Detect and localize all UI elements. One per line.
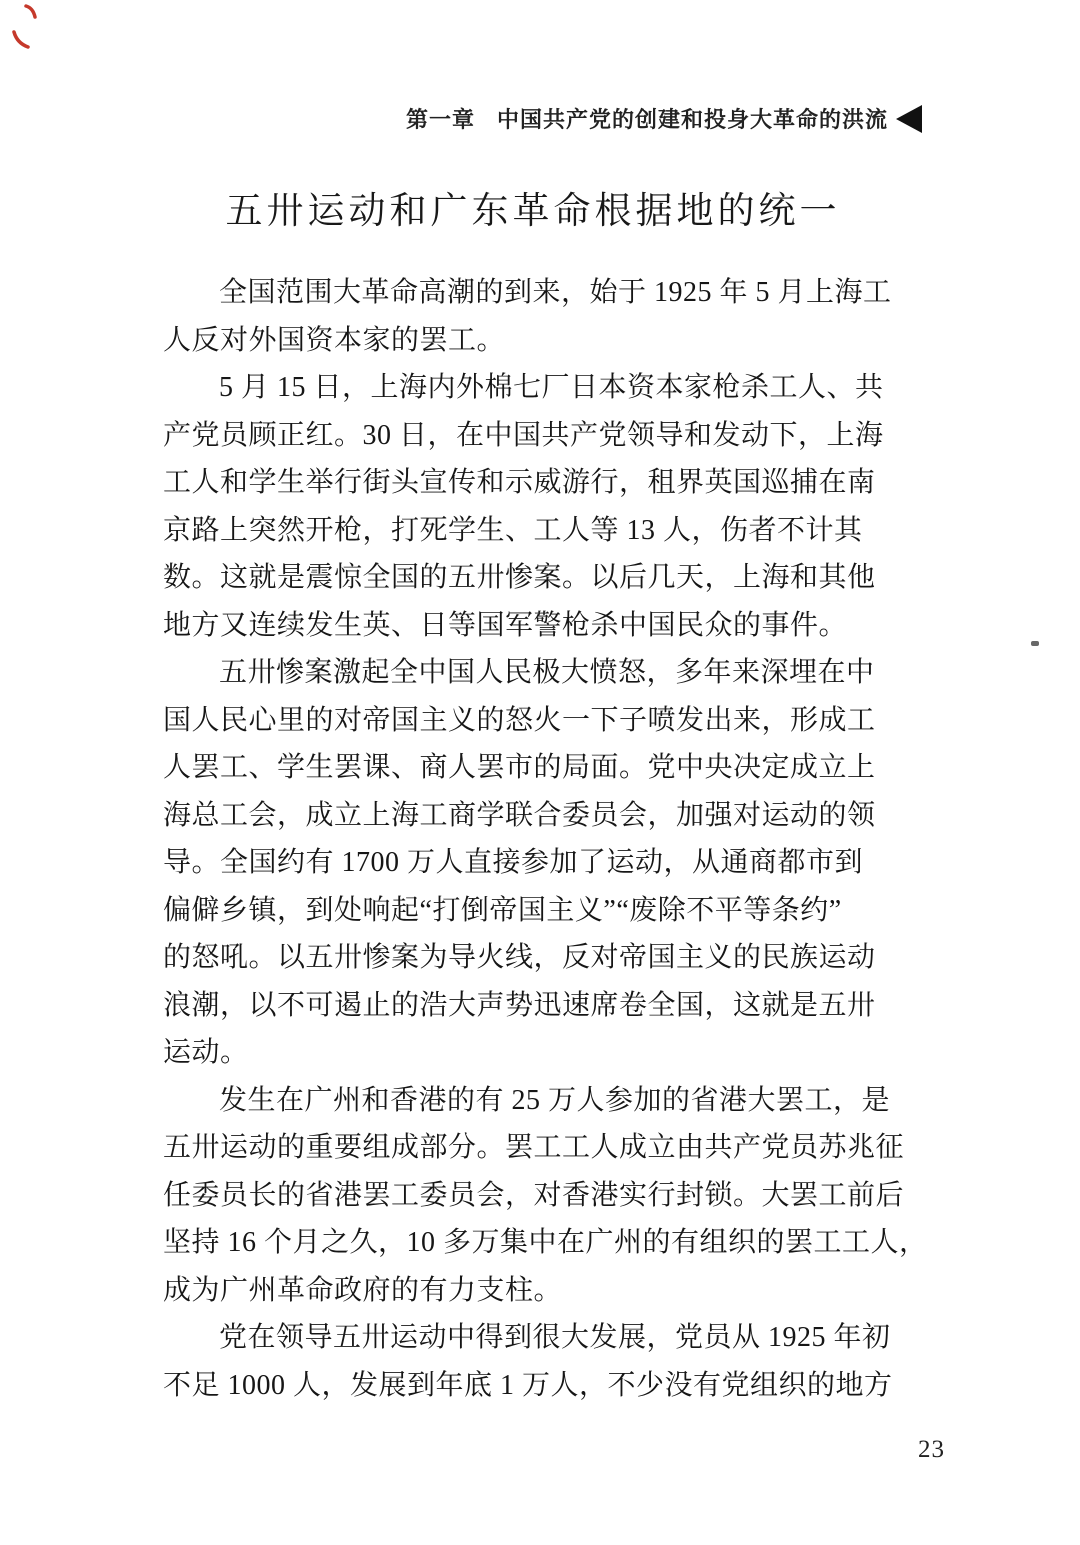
body-text: 全国范围大革命高潮的到来，始于 1925 年 5 月上海工 人反对外国资本家的罢… <box>163 269 963 1409</box>
red-pen-stroke-2 <box>14 32 28 47</box>
body-text-line: 人反对外国资本家的罢工。 <box>163 317 963 365</box>
section-title: 五卅运动和广东革命根据地的统一 <box>163 180 903 234</box>
body-text-line: 国人民心里的对帝国主义的怒火一下子喷发出来，形成工 <box>163 697 963 745</box>
body-text-line: 京路上突然开枪，打死学生、工人等 13 人，伤者不计其 <box>163 507 963 555</box>
running-head: 第一章 中国共产党的创建和投身大革命的洪流 <box>406 103 922 134</box>
body-text-line: 浪潮，以不可遏止的浩大声势迅速席卷全国，这就是五卅 <box>163 982 963 1030</box>
body-text-line: 数。这就是震惊全国的五卅惨案。以后几天，上海和其他 <box>163 554 963 602</box>
body-text-line: 五卅运动的重要组成部分。罢工工人成立由共产党员苏兆征 <box>163 1124 963 1172</box>
body-text-line: 不足 1000 人，发展到年底 1 万人，不少没有党组织的地方 <box>163 1362 963 1410</box>
page-number: 23 <box>918 1436 945 1464</box>
red-pen-stroke-1 <box>26 6 35 17</box>
left-triangle-icon <box>896 105 922 133</box>
body-text-line: 地方又连续发生英、日等国军警枪杀中国民众的事件。 <box>163 602 963 650</box>
body-text-line: 海总工会，成立上海工商学联合委员会，加强对运动的领 <box>163 792 963 840</box>
book-page: 第一章 中国共产党的创建和投身大革命的洪流 五卅运动和广东革命根据地的统一 全国… <box>0 0 1080 1545</box>
body-text-line: 产党员顾正红。30 日，在中国共产党领导和发动下，上海 <box>163 412 963 460</box>
body-text-line: 运动。 <box>163 1029 963 1077</box>
body-text-line: 发生在广州和香港的有 25 万人参加的省港大罢工，是 <box>163 1077 963 1125</box>
body-text-line: 党在领导五卅运动中得到很大发展，党员从 1925 年初 <box>163 1314 963 1362</box>
body-text-line: 成为广州革命政府的有力支柱。 <box>163 1267 963 1315</box>
body-text-line: 五卅惨案激起全中国人民极大愤怒，多年来深埋在中 <box>163 649 963 697</box>
body-text-line: 偏僻乡镇，到处响起“打倒帝国主义”“废除不平等条约” <box>163 887 963 935</box>
body-text-line: 5 月 15 日，上海内外棉七厂日本资本家枪杀工人、共 <box>163 364 963 412</box>
body-text-line: 人罢工、学生罢课、商人罢市的局面。党中央决定成立上 <box>163 744 963 792</box>
red-pen-mark <box>6 2 50 56</box>
ink-speck <box>1031 641 1039 646</box>
body-text-line: 的怒吼。以五卅惨案为导火线，反对帝国主义的民族运动 <box>163 934 963 982</box>
body-text-line: 任委员长的省港罢工委员会，对香港实行封锁。大罢工前后 <box>163 1172 963 1220</box>
body-text-line: 坚持 16 个月之久，10 多万集中在广州的有组织的罢工工人， <box>163 1219 963 1267</box>
body-text-line: 全国范围大革命高潮的到来，始于 1925 年 5 月上海工 <box>163 269 963 317</box>
chapter-title: 中国共产党的创建和投身大革命的洪流 <box>497 103 888 134</box>
body-text-line: 工人和学生举行街头宣传和示威游行，租界英国巡捕在南 <box>163 459 963 507</box>
body-text-line: 导。全国约有 1700 万人直接参加了运动，从通商都市到 <box>163 839 963 887</box>
chapter-label: 第一章 <box>406 103 475 134</box>
